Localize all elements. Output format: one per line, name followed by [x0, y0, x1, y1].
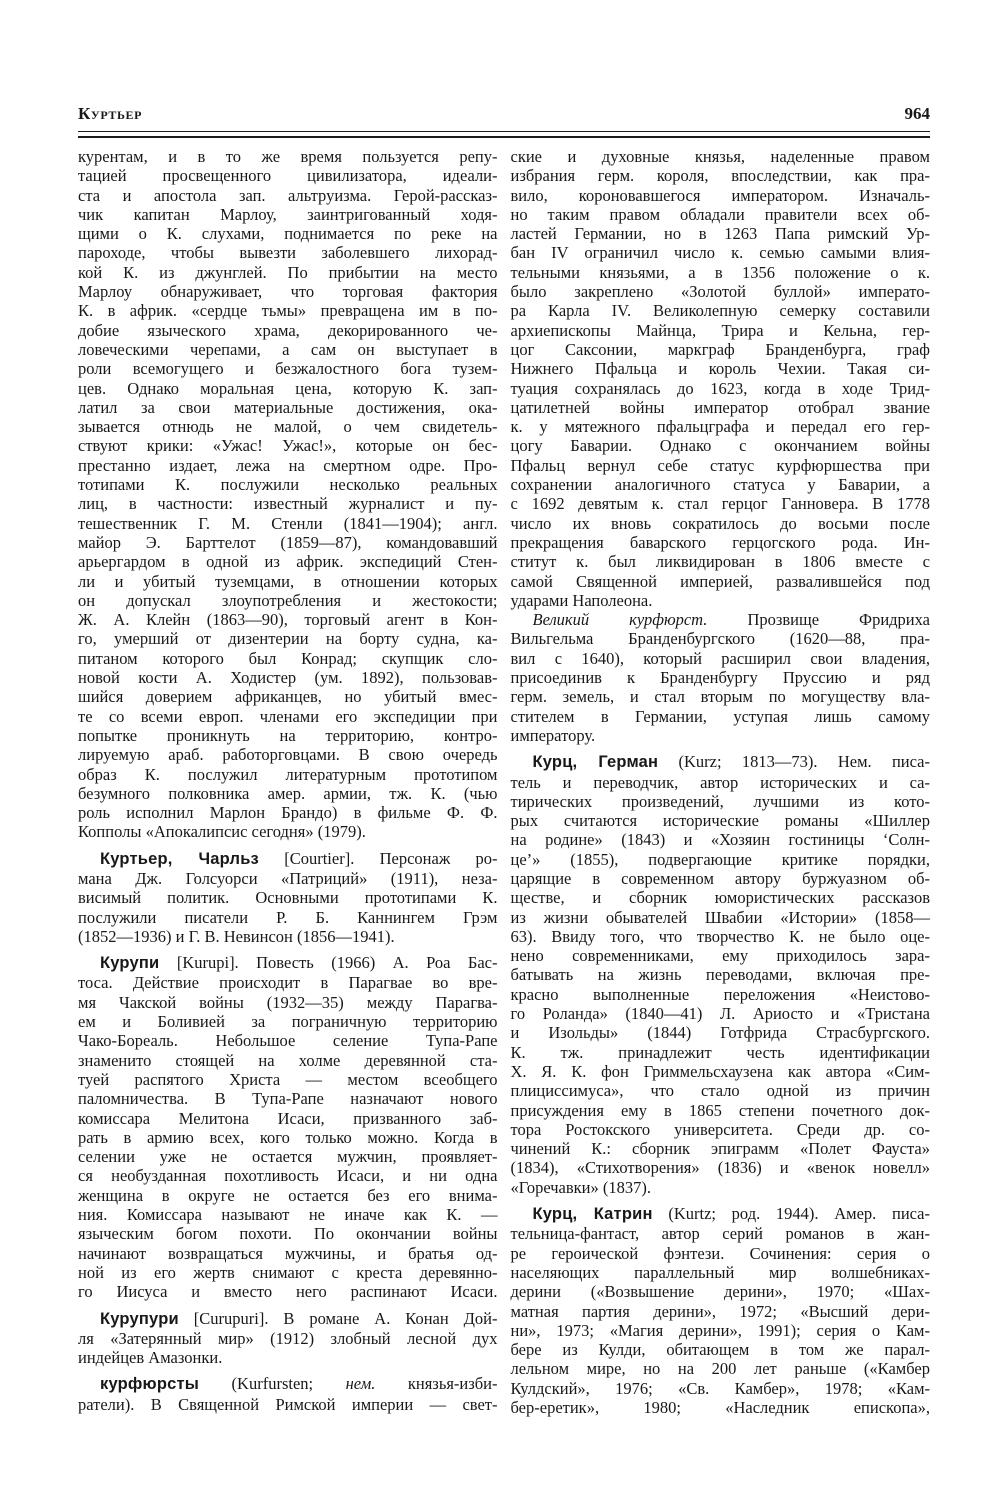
text-line: тацией просвещенного цивилизатора, идеал…	[78, 166, 498, 185]
text-line: ной из его жертв снимают с креста деревя…	[78, 1263, 498, 1282]
body-text: ем и Боливией за пограничную территорию	[78, 1012, 498, 1031]
text-line: комиссара Мелитона Исаси, призванного за…	[78, 1109, 498, 1128]
body-text: чинений К.: сборник эпиграмм «Полет Фаус…	[511, 1139, 931, 1158]
body-text: было закреплено «Золотой буллой» императ…	[511, 282, 931, 301]
paragraph-first-line: Курупи [Kurupi]. Повесть (1966) А. Роа Б…	[78, 953, 498, 973]
body-text: туей распятого Христа — местом всеобщего	[78, 1070, 498, 1089]
body-text: [Kurupi]. Повесть (1966) А. Роа Бас-	[159, 953, 497, 972]
text-line: кой К. из джунглей. По прибытии на место	[78, 263, 498, 282]
text-line: К. в африк. «сердце тьмы» превращена им …	[78, 301, 498, 320]
body-text: роли всемогущего и безжалостного бога ту…	[78, 359, 498, 378]
body-text: ловеческими черепами, а сам он выступает…	[78, 340, 498, 359]
entry-headword: Курупи	[100, 954, 159, 972]
text-line: лиц, в частности: известный журналист и …	[78, 494, 498, 513]
text-line: питаном которого был Конрад; скупщик сло…	[78, 649, 498, 668]
text-line: нено современниками, ему приходилось зар…	[511, 946, 931, 965]
text-line: чинений К.: сборник эпиграмм «Полет Фаус…	[511, 1139, 931, 1158]
body-text: попытке проникнуть на территорию, контро…	[78, 726, 498, 745]
text-line: попытке проникнуть на территорию, контро…	[78, 726, 498, 745]
text-line: го Иисуса и вместо него распинают Исаси.	[78, 1282, 498, 1301]
text-line: к. у мятежного пфальцграфа и передал его…	[511, 417, 931, 436]
text-line: тирических произведений, лучшими из кото…	[511, 792, 931, 811]
text-line: ститут к. был ликвидирован в 1806 вместе…	[511, 552, 931, 571]
body-text: из жизни обывателей Швабии «Истории» (18…	[511, 908, 931, 927]
body-text: ские и духовные князья, наделенные право…	[511, 147, 931, 166]
running-head: Куртьер 964	[78, 104, 930, 124]
text-line: Кулдский», 1976; «Св. Камбер», 1978; «Ка…	[511, 1379, 931, 1398]
text-line: тора Ростокского университета. Среди др.…	[511, 1120, 931, 1139]
text-line: Ж. А. Клейн (1863—90), торговый агент в …	[78, 610, 498, 629]
text-line: сохранении аналогичного статуса у Бавари…	[511, 475, 931, 494]
body-text: ся необузданная похотливость Исаси, и ни…	[78, 1166, 498, 1185]
text-line: арьергардом в одной из африк. экспедиций…	[78, 552, 498, 571]
body-text: комиссара Мелитона Исаси, призванного за…	[78, 1109, 498, 1128]
body-text: число их вновь сократилось до восьми пос…	[511, 514, 931, 533]
text-line: добие языческого храма, декорированного …	[78, 321, 498, 340]
text-line: (1852—1936) и Г. В. Невинсон (1856—1941)…	[78, 927, 498, 946]
body-text: бере из Кулди, обитающем в том же парал-	[511, 1340, 931, 1359]
text-line: Вильгельма Бранденбургского (1620—88, пр…	[511, 629, 931, 648]
body-text: присуждения ему в 1865 степени почетного…	[511, 1101, 931, 1120]
text-line: ем и Боливией за пограничную территорию	[78, 1012, 498, 1031]
body-text: Кулдский», 1976; «Св. Камбер», 1978; «Ка…	[511, 1379, 931, 1398]
body-text: ствуют крики: «Ужас! Ужас!», которые он …	[78, 436, 498, 455]
body-text: населяющих параллельный мир волшебниках-	[511, 1263, 931, 1282]
body-text: кой К. из джунглей. По прибытии на место	[78, 263, 498, 282]
text-line: ния. Комиссара называют не иначе как К. …	[78, 1205, 498, 1224]
text-line: ществе, и сборник юмористических рассказ…	[511, 888, 931, 907]
text-line: ратели). В Священной Римской империи — с…	[78, 1395, 498, 1414]
text-line: цогу Баварии. Однако с окончанием войны	[511, 436, 931, 455]
text-line: ли и убитый туземцами, в отношении котор…	[78, 572, 498, 591]
text-line: роль исполнил Марлон Брандо) в фильме Ф.…	[78, 803, 498, 822]
text-line: паломничества. В Тупа-Рапе назначают нов…	[78, 1089, 498, 1108]
body-text: рать в армию всех, кого только можно. Ко…	[78, 1128, 498, 1147]
text-line: престанно издает, лежа на смертном одре.…	[78, 456, 498, 475]
text-line: ударами Наполеона.	[511, 591, 931, 610]
body-text: ли и убитый туземцами, в отношении котор…	[78, 572, 498, 591]
text-line: бер-еретик», 1980; «Наследник епископа»,	[511, 1398, 931, 1417]
body-text: языческим богом похоти. По окончании вой…	[78, 1224, 498, 1243]
body-text: зывается отнюдь не малой, о чем свидетел…	[78, 417, 498, 436]
italic-text: Великий курфюрст.	[533, 610, 708, 629]
body-text: он допускал злоупотребления и жестокости…	[78, 591, 498, 610]
text-line: избрания герм. короля, впоследствии, как…	[511, 166, 931, 185]
body-text: (Kurfursten;	[199, 1374, 346, 1393]
body-text: к. у мятежного пфальцграфа и передал его…	[511, 417, 931, 436]
text-line: бере из Кулди, обитающем в том же парал-	[511, 1340, 931, 1359]
text-line: рых считаются исторические романы «Шилле…	[511, 811, 931, 830]
text-line: висимый политик. Основными прототипами К…	[78, 888, 498, 907]
text-line: цатилетней войны император отобрал звани…	[511, 398, 931, 417]
body-text: ной из его жертв снимают с креста деревя…	[78, 1263, 498, 1282]
body-text: К. тж. принадлежит честь идентификации	[511, 1043, 931, 1062]
body-text: туация сохранялась до 1623, когда в ходе…	[511, 379, 931, 398]
body-text: го, умерший от дизентерии на борту судна…	[78, 629, 498, 648]
text-line: послужили писатели Р. Б. Каннингем Грэм	[78, 908, 498, 927]
body-text: ществе, и сборник юмористических рассказ…	[511, 888, 931, 907]
body-text: знаменито стоящей на холме деревянной ст…	[78, 1051, 498, 1070]
body-text: индейцев Амазонки.	[78, 1348, 222, 1367]
body-text: тельными князьями, а в 1356 положение о …	[511, 263, 931, 282]
body-text: лиц, в частности: известный журналист и …	[78, 494, 498, 513]
body-text: ни», 1973; «Магия дерини», 1991); серия …	[511, 1321, 931, 1340]
body-text: шийся доверием африканцев, но убитый вме…	[78, 687, 498, 706]
body-text: 63). Ввиду того, что творчество К. не бы…	[511, 927, 931, 946]
body-text: начинают возвращаться мужчины, и братья …	[78, 1244, 498, 1263]
body-text: ния. Комиссара называют не иначе как К. …	[78, 1205, 498, 1224]
body-text: ре героической фэнтези. Сочинения: серия…	[511, 1244, 931, 1263]
body-text: селении уже не остается мужчин, проявляе…	[78, 1147, 498, 1166]
text-line: ни», 1973; «Магия дерини», 1991); серия …	[511, 1321, 931, 1340]
body-text: арьергардом в одной из африк. экспедиций…	[78, 552, 498, 571]
entry-headword: Куртьер, Чарльз	[100, 850, 259, 868]
encyclopedia-page: Куртьер 964 курентам, и в то же время по…	[0, 0, 1004, 1500]
body-text: питаном которого был Конрад; скупщик сло…	[78, 649, 498, 668]
text-line: латил за свои материальные достижения, о…	[78, 398, 498, 417]
body-text: новой кости А. Ходистер (ум. 1892), поль…	[78, 668, 498, 687]
text-line: лируемую араб. работорговцами. В свою оч…	[78, 745, 498, 764]
text-line: стителем в Германии, уступая лишь самому	[511, 707, 931, 726]
paragraph-first-line: Великий курфюрст. Прозвище Фридриха	[511, 610, 931, 629]
body-text: пароходе, чтобы вывезти заболевшего лихо…	[78, 243, 498, 262]
body-text: паломничества. В Тупа-Рапе назначают нов…	[78, 1089, 498, 1108]
text-line: ра Карла IV. Великолепную семерку состав…	[511, 301, 931, 320]
text-line: Чако-Бореаль. Небольшое селение Тупа-Рап…	[78, 1031, 498, 1050]
body-text: Чако-Бореаль. Небольшое селение Тупа-Рап…	[78, 1031, 498, 1050]
text-line: число их вновь сократилось до восьми пос…	[511, 514, 931, 533]
body-text: избрания герм. короля, впоследствии, как…	[511, 166, 931, 185]
text-line: це’» (1855), подвергающие критике порядк…	[511, 850, 931, 869]
body-text: Марлоу обнаруживает, что торговая фактор…	[78, 282, 498, 301]
text-line: батывать на жизнь переводами, включая пр…	[511, 965, 931, 984]
text-line: герм. земель, и стал вторым по могуществ…	[511, 687, 931, 706]
text-line: лельном мире, но на 200 лет раньше («Кам…	[511, 1359, 931, 1378]
body-text: тора Ростокского университета. Среди др.…	[511, 1120, 931, 1139]
body-text: «Горечавки» (1837).	[511, 1178, 652, 1197]
text-line: красно выполненные переложения «Неистово…	[511, 985, 931, 1004]
body-text: образ К. послужил литературным прототипо…	[78, 765, 498, 784]
text-line: вило, короновавшегося императором. Изнач…	[511, 186, 931, 205]
body-text: батывать на жизнь переводами, включая пр…	[511, 965, 931, 984]
body-text: добие языческого храма, декорированного …	[78, 321, 498, 340]
body-text: Х. Я. К. фон Гриммельсхаузена как автора…	[511, 1062, 931, 1081]
text-line: индейцев Амазонки.	[78, 1348, 498, 1367]
body-text: те со всеми европ. членами его экспедици…	[78, 707, 498, 726]
text-line: безумного полковника амер. армии, тж. К.…	[78, 784, 498, 803]
text-line: ля «Затерянный мир» (1912) злобный лесно…	[78, 1329, 498, 1348]
text-line: царящие в современном автору буржуазном …	[511, 869, 931, 888]
body-text: тельница-фантаст, автор серий романов в …	[511, 1224, 931, 1243]
text-line: новой кости А. Ходистер (ум. 1892), поль…	[78, 668, 498, 687]
body-text: майор Э. Барттелот (1859—87), командовав…	[78, 533, 498, 552]
entry-headword: Курц, Катрин	[533, 1205, 653, 1223]
body-text: цогу Баварии. Однако с окончанием войны	[511, 436, 931, 455]
body-text: ститут к. был ликвидирован в 1806 вместе…	[511, 552, 931, 571]
body-text: на родине» (1843) и «Хозяин гостиницы ‘С…	[511, 830, 931, 849]
text-line: майор Э. Барттелот (1859—87), командовав…	[78, 533, 498, 552]
body-text: безумного полковника амер. армии, тж. К.…	[78, 784, 498, 803]
entry-headword: Курупури	[100, 1310, 179, 1328]
text-line: образ К. послужил литературным прототипо…	[78, 765, 498, 784]
body-text: мя Чакской войны (1932—35) между Парагва…	[78, 993, 498, 1012]
text-line: чик капитан Марлоу, заинтригованный ходя…	[78, 205, 498, 224]
text-line: «Горечавки» (1837).	[511, 1178, 931, 1197]
body-text: (1834), «Стихотворения» (1836) и «венок …	[511, 1158, 931, 1177]
body-text: тотипами К. послужили несколько реальных	[78, 475, 498, 494]
body-text: ля «Затерянный мир» (1912) злобный лесно…	[78, 1329, 498, 1348]
body-text: (Kurtz; род. 1944). Амер. писа-	[653, 1204, 930, 1223]
body-text: тацией просвещенного цивилизатора, идеал…	[78, 166, 498, 185]
text-line: ластей Германии, но в 1263 Папа римский …	[511, 224, 931, 243]
body-text: курентам, и в то же время пользуется реп…	[78, 147, 498, 166]
body-text: чик капитан Марлоу, заинтригованный ходя…	[78, 205, 498, 224]
text-line: архиепископы Майнца, Трира и Кельна, гер…	[511, 321, 931, 340]
text-line: Нижнего Пфальца и король Чехии. Такая си…	[511, 359, 931, 378]
body-text: стителем в Германии, уступая лишь самому	[511, 707, 931, 726]
body-text: лельном мире, но на 200 лет раньше («Кам…	[511, 1359, 931, 1378]
text-line: роли всемогущего и безжалостного бога ту…	[78, 359, 498, 378]
body-text: ластей Германии, но в 1263 Папа римский …	[511, 224, 931, 243]
body-text: но таким правом обладали правители всех …	[511, 205, 931, 224]
body-text: самой Священной империей, развалившейся …	[511, 572, 931, 591]
text-line: Пфальц вернул себе статус курфюршества п…	[511, 456, 931, 475]
text-line: мя Чакской войны (1932—35) между Парагва…	[78, 993, 498, 1012]
text-line: ские и духовные князья, наделенные право…	[511, 147, 931, 166]
body-text: вило, короновавшегося императором. Изнач…	[511, 186, 931, 205]
text-line: языческим богом похоти. По окончании вой…	[78, 1224, 498, 1243]
body-text: и Изольды» (1844) Готфрида Страсбургског…	[511, 1023, 931, 1042]
text-line: тешественник Г. М. Стенли (1841—1904); а…	[78, 514, 498, 533]
text-line: туация сохранялась до 1623, когда в ходе…	[511, 379, 931, 398]
text-line: тельными князьями, а в 1356 положение о …	[511, 263, 931, 282]
body-text: Нижнего Пфальца и король Чехии. Такая си…	[511, 359, 931, 378]
paragraph-first-line: Куртьер, Чарльз [Courtier]. Персонаж ро-	[78, 849, 498, 869]
body-text: Прозвище Фридриха	[707, 610, 930, 629]
text-line: плициссимуса», что стало одной из причин	[511, 1081, 931, 1100]
text-line: пароходе, чтобы вывезти заболевшего лихо…	[78, 243, 498, 262]
text-line: Марлоу обнаруживает, что торговая фактор…	[78, 282, 498, 301]
text-line: шийся доверием африканцев, но убитый вме…	[78, 687, 498, 706]
body-text: (Kurz; 1813—73). Нем. писа-	[658, 752, 930, 771]
body-text: ударами Наполеона.	[511, 591, 653, 610]
body-text: К. в африк. «сердце тьмы» превращена им …	[78, 301, 498, 320]
body-text: го Иисуса и вместо него распинают Исаси.	[78, 1282, 498, 1301]
italic-text: нем.	[346, 1374, 376, 1393]
text-line: ствуют крики: «Ужас! Ужас!», которые он …	[78, 436, 498, 455]
text-line: Х. Я. К. фон Гриммельсхаузена как автора…	[511, 1062, 931, 1081]
body-text: ратели). В Священной Римской империи — с…	[78, 1395, 498, 1414]
text-line: щими о К. слухами, поднимается по реке н…	[78, 224, 498, 243]
text-line: тотипами К. послужили несколько реальных	[78, 475, 498, 494]
text-line: цог Саксонии, маркграф Бранденбурга, гра…	[511, 340, 931, 359]
text-line: рать в армию всех, кого только можно. Ко…	[78, 1128, 498, 1147]
body-text: висимый политик. Основными прототипами К…	[78, 888, 498, 907]
text-columns: курентам, и в то же время пользуется реп…	[78, 147, 930, 1417]
text-line: вил с 1640), который расширил свои владе…	[511, 649, 931, 668]
text-line: селении уже не остается мужчин, проявляе…	[78, 1147, 498, 1166]
text-line: начинают возвращаться мужчины, и братья …	[78, 1244, 498, 1263]
body-text: сохранении аналогичного статуса у Бавари…	[511, 475, 931, 494]
left-column: курентам, и в то же время пользуется реп…	[78, 147, 498, 1417]
body-text: це’» (1855), подвергающие критике порядк…	[511, 850, 931, 869]
body-text: Копполы «Апокалипсис сегодня» (1979).	[78, 822, 366, 841]
text-line: матная партия дерини», 1972; «Высший дер…	[511, 1302, 931, 1321]
body-text: архиепископы Майнца, Трира и Кельна, гер…	[511, 321, 931, 340]
text-line: императору.	[511, 726, 931, 745]
paragraph-first-line: Курц, Катрин (Kurtz; род. 1944). Амер. п…	[511, 1204, 931, 1224]
running-title: Куртьер	[78, 104, 142, 124]
body-text: Ж. А. Клейн (1863—90), торговый агент в …	[78, 610, 498, 629]
text-line: самой Священной империей, развалившейся …	[511, 572, 931, 591]
text-line: на родине» (1843) и «Хозяин гостиницы ‘С…	[511, 830, 931, 849]
text-line: и Изольды» (1844) Готфрида Страсбургског…	[511, 1023, 931, 1042]
body-text: престанно издает, лежа на смертном одре.…	[78, 456, 498, 475]
text-line: го, умерший от дизентерии на борту судна…	[78, 629, 498, 648]
text-line: цев. Однако моральная цена, которую К. з…	[78, 379, 498, 398]
body-text: (1852—1936) и Г. В. Невинсон (1856—1941)…	[78, 927, 395, 946]
body-text: Вильгельма Бранденбургского (1620—88, пр…	[511, 629, 931, 648]
page-number: 964	[905, 104, 931, 124]
text-line: курентам, и в то же время пользуется реп…	[78, 147, 498, 166]
body-text: плициссимуса», что стало одной из причин	[511, 1081, 931, 1100]
text-line: мана Дж. Голсуорси «Патриций» (1911), не…	[78, 869, 498, 888]
body-text: вил с 1640), который расширил свои владе…	[511, 649, 931, 668]
body-text: царящие в современном автору буржуазном …	[511, 869, 931, 888]
body-text: ра Карла IV. Великолепную семерку состав…	[511, 301, 931, 320]
text-line: он допускал злоупотребления и жестокости…	[78, 591, 498, 610]
text-line: с 1692 девятым к. стал герцог Ганновера.…	[511, 494, 931, 513]
text-line: тель и переводчик, автор исторических и …	[511, 773, 931, 792]
body-text: императору.	[511, 726, 596, 745]
body-text: князья-изби-	[375, 1374, 497, 1393]
text-line: те со всеми европ. членами его экспедици…	[78, 707, 498, 726]
body-text: цатилетней войны император отобрал звани…	[511, 398, 931, 417]
body-text: латил за свои материальные достижения, о…	[78, 398, 498, 417]
text-line: ста и апостола зап. альтруизма. Герой-ра…	[78, 186, 498, 205]
body-text: матная партия дерини», 1972; «Высший дер…	[511, 1302, 931, 1321]
text-line: женщина в округе не остается без его вни…	[78, 1186, 498, 1205]
text-line: присоединив к Бранденбургу Пруссию и ряд	[511, 668, 931, 687]
body-text: тешественник Г. М. Стенли (1841—1904); а…	[78, 514, 498, 533]
text-line: ре героической фэнтези. Сочинения: серия…	[511, 1244, 931, 1263]
text-line: зывается отнюдь не малой, о чем свидетел…	[78, 417, 498, 436]
body-text: го Роланда» (1840—41) Л. Ариосто и «Трис…	[511, 1004, 931, 1023]
text-line: было закреплено «Золотой буллой» императ…	[511, 282, 931, 301]
body-text: женщина в округе не остается без его вни…	[78, 1186, 498, 1205]
body-text: тоса. Действие происходит в Парагвае во …	[78, 973, 498, 992]
text-line: присуждения ему в 1865 степени почетного…	[511, 1101, 931, 1120]
body-text: щими о К. слухами, поднимается по реке н…	[78, 224, 498, 243]
text-line: го Роланда» (1840—41) Л. Ариосто и «Трис…	[511, 1004, 931, 1023]
text-line: знаменито стоящей на холме деревянной ст…	[78, 1051, 498, 1070]
body-text: ста и апостола зап. альтруизма. Герой-ра…	[78, 186, 498, 205]
body-text: мана Дж. Голсуорси «Патриций» (1911), не…	[78, 869, 498, 888]
body-text: бер-еретик», 1980; «Наследник епископа»,	[511, 1398, 931, 1417]
text-line: 63). Ввиду того, что творчество К. не бы…	[511, 927, 931, 946]
body-text: роль исполнил Марлон Брандо) в фильме Ф.…	[78, 803, 498, 822]
text-line: дерини («Возвышение дерини», 1970; «Шах-	[511, 1282, 931, 1301]
text-line: туей распятого Христа — местом всеобщего	[78, 1070, 498, 1089]
body-text: Пфальц вернул себе статус курфюршества п…	[511, 456, 931, 475]
body-text: тель и переводчик, автор исторических и …	[511, 773, 931, 792]
body-text: бан IV ограничил число к. семью самыми в…	[511, 243, 931, 262]
body-text: лируемую араб. работорговцами. В свою оч…	[78, 745, 498, 764]
body-text: прекращения баварского герцогского рода.…	[511, 533, 931, 552]
paragraph-first-line: Курупури [Curupuri]. В романе А. Конан Д…	[78, 1309, 498, 1329]
body-text: послужили писатели Р. Б. Каннингем Грэм	[78, 908, 498, 927]
paragraph-first-line: Курц, Герман (Kurz; 1813—73). Нем. писа-	[511, 752, 931, 772]
text-line: К. тж. принадлежит честь идентификации	[511, 1043, 931, 1062]
body-text: нено современниками, ему приходилось зар…	[511, 946, 931, 965]
text-line: (1834), «Стихотворения» (1836) и «венок …	[511, 1158, 931, 1177]
text-line: из жизни обывателей Швабии «Истории» (18…	[511, 908, 931, 927]
text-line: тоса. Действие происходит в Парагвае во …	[78, 973, 498, 992]
text-line: Копполы «Апокалипсис сегодня» (1979).	[78, 822, 498, 841]
body-text: цев. Однако моральная цена, которую К. з…	[78, 379, 498, 398]
body-text: тирических произведений, лучшими из кото…	[511, 792, 931, 811]
text-line: бан IV ограничил число к. семью самыми в…	[511, 243, 931, 262]
body-text: цог Саксонии, маркграф Бранденбурга, гра…	[511, 340, 931, 359]
body-text: присоединив к Бранденбургу Пруссию и ряд	[511, 668, 931, 687]
text-line: населяющих параллельный мир волшебниках-	[511, 1263, 931, 1282]
text-line: но таким правом обладали правители всех …	[511, 205, 931, 224]
body-text: рых считаются исторические романы «Шилле…	[511, 811, 931, 830]
body-text: с 1692 девятым к. стал герцог Ганновера.…	[511, 494, 931, 513]
body-text: герм. земель, и стал вторым по могуществ…	[511, 687, 931, 706]
body-text: [Courtier]. Персонаж ро-	[259, 849, 498, 868]
text-line: ловеческими черепами, а сам он выступает…	[78, 340, 498, 359]
header-rule	[78, 131, 930, 138]
body-text: красно выполненные переложения «Неистово…	[511, 985, 931, 1004]
body-text: [Curupuri]. В романе А. Конан Дой-	[179, 1309, 498, 1328]
text-line: прекращения баварского герцогского рода.…	[511, 533, 931, 552]
right-column: ские и духовные князья, наделенные право…	[511, 147, 931, 1417]
entry-headword: Курц, Герман	[533, 753, 659, 771]
entry-headword: курфюрсты	[100, 1375, 199, 1393]
paragraph-first-line: курфюрсты (Kurfursten; нем. князья-изби-	[78, 1374, 498, 1394]
body-text: дерини («Возвышение дерини», 1970; «Шах-	[511, 1282, 931, 1301]
text-line: ся необузданная похотливость Исаси, и ни…	[78, 1166, 498, 1185]
text-line: тельница-фантаст, автор серий романов в …	[511, 1224, 931, 1243]
